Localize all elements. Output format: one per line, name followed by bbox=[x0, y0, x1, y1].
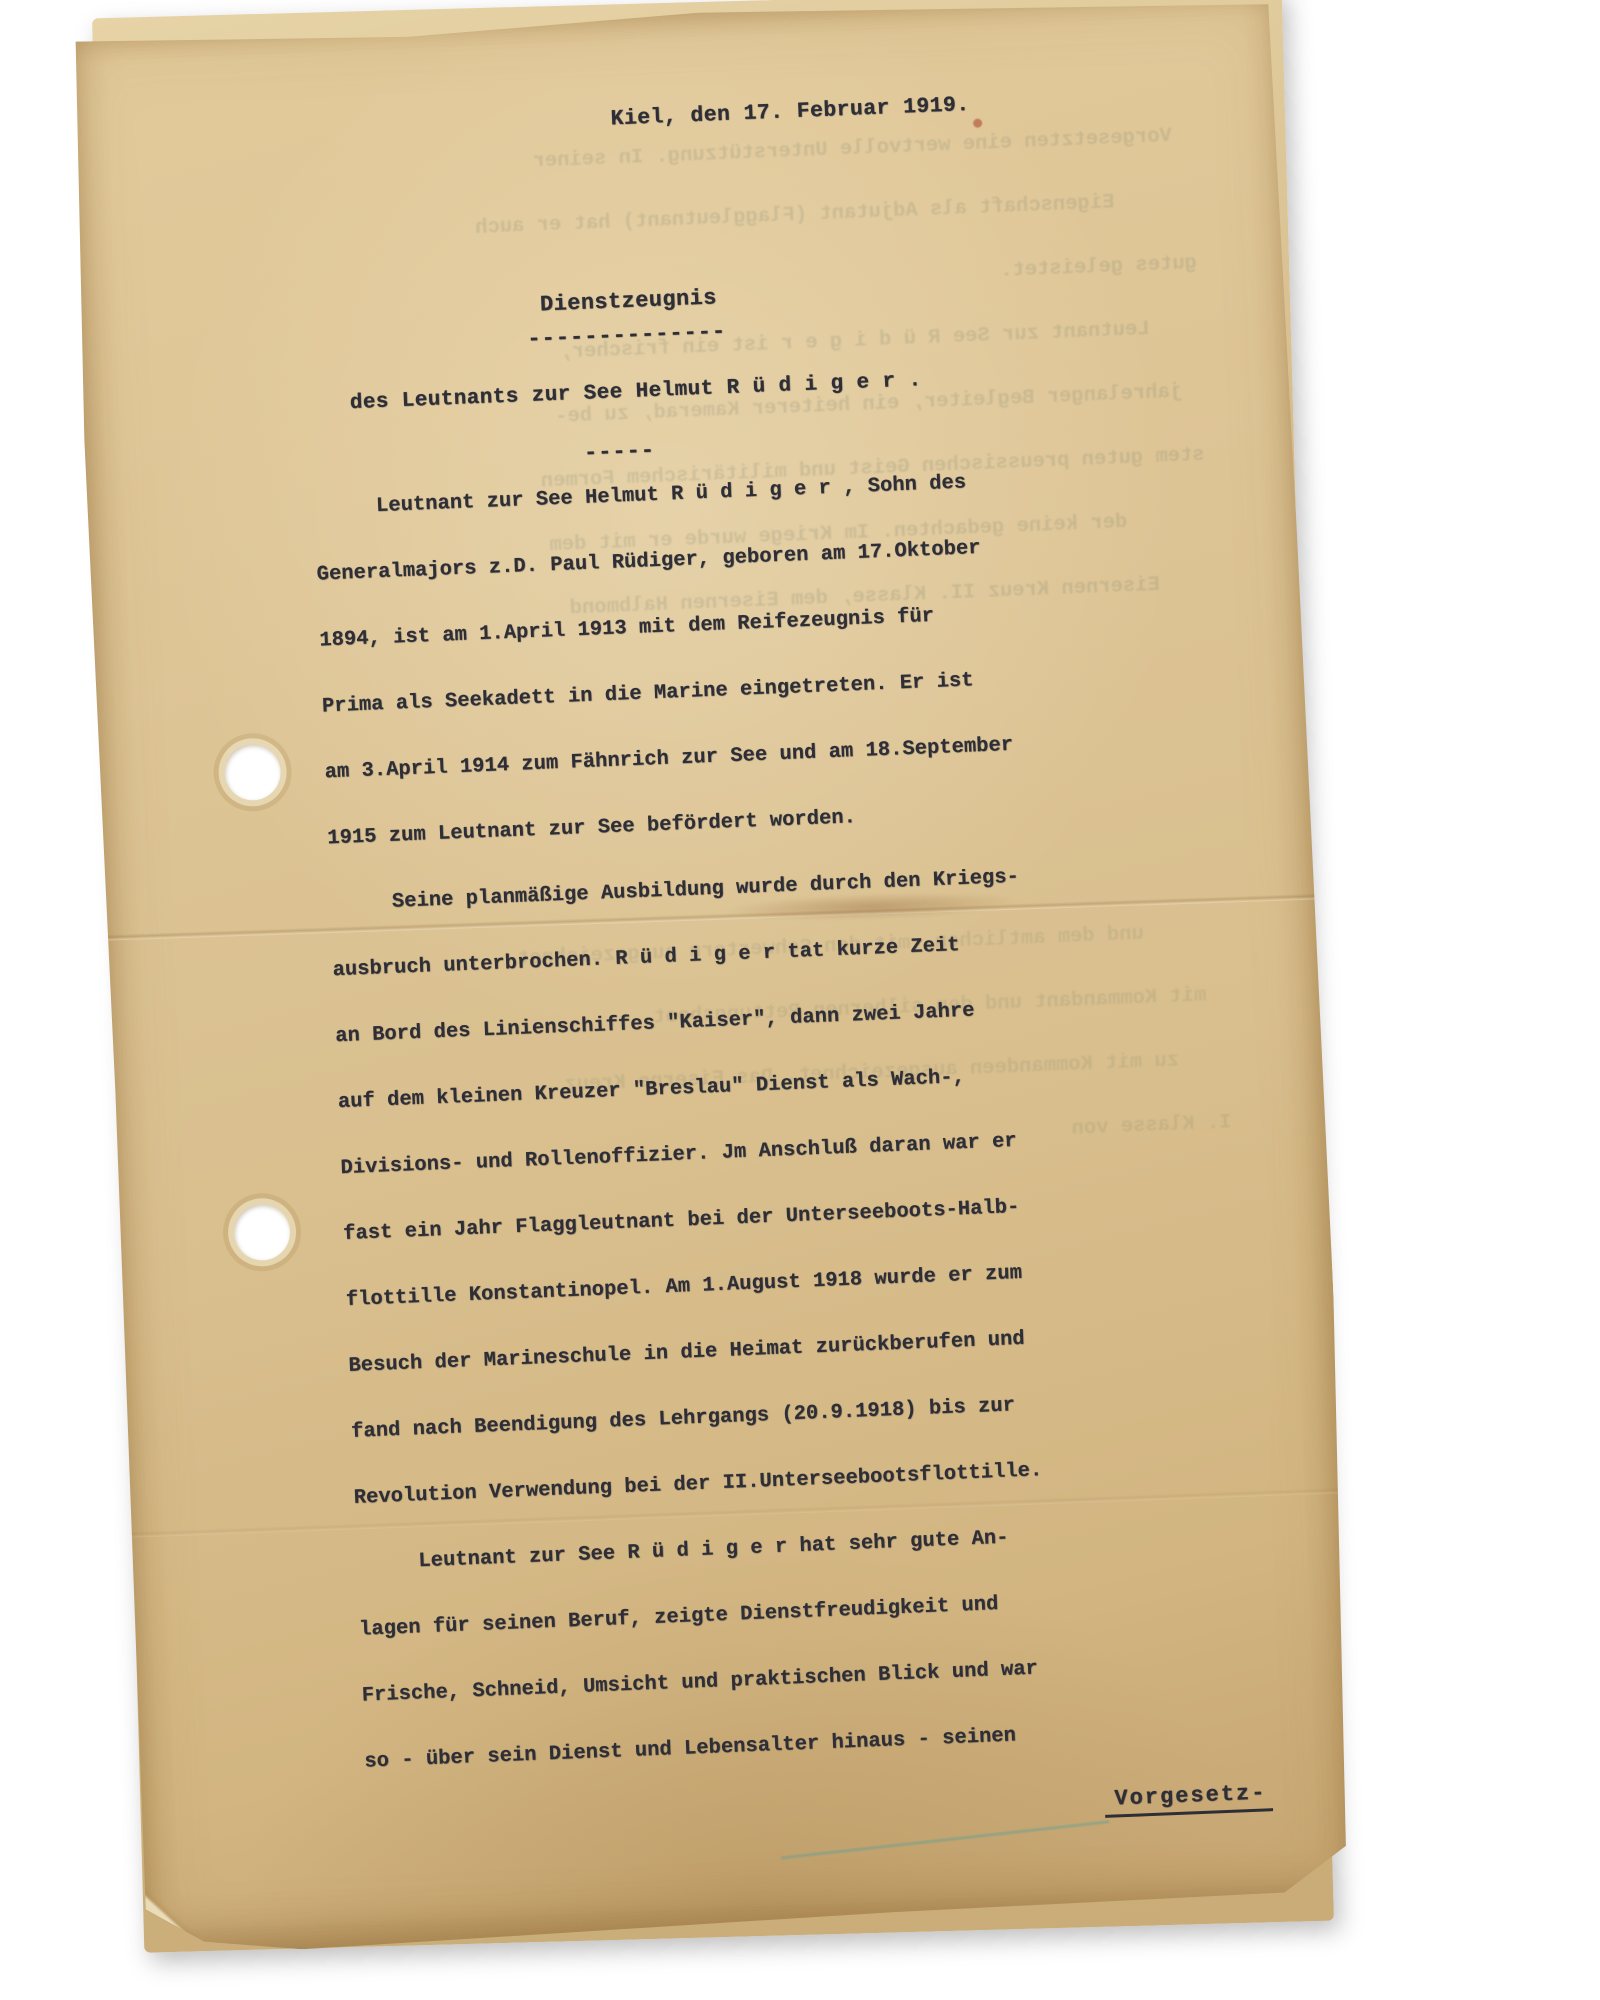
scanned-document-page: Vorgesetzten eine wertvolle Unterstützun… bbox=[67, 0, 1358, 1956]
body-text: Leutnant zur See Helmut R ü d i g e r , … bbox=[314, 470, 1056, 1817]
punch-hole bbox=[233, 1203, 291, 1261]
subject-line: des Leutnants zur See Helmut R ü d i g e… bbox=[349, 369, 922, 415]
pencil-mark bbox=[781, 1820, 1109, 1859]
ink-speck bbox=[973, 118, 982, 127]
title-underline-dashes: -------------- bbox=[527, 319, 727, 352]
punch-hole bbox=[224, 743, 282, 801]
catchword: Vorgesetz- bbox=[1104, 1780, 1273, 1818]
dateline: Kiel, den 17. Februar 1919. bbox=[610, 93, 970, 131]
document-title: Dienstzeugnis bbox=[540, 285, 718, 317]
section-separator-dashes: ----- bbox=[584, 438, 656, 466]
bleedthrough-line: Eigenschaft als Adjutant (Flaggleutnant)… bbox=[225, 191, 1117, 291]
bleedthrough-line: Vorgesetzten eine wertvolle Unterstützun… bbox=[222, 125, 1174, 227]
